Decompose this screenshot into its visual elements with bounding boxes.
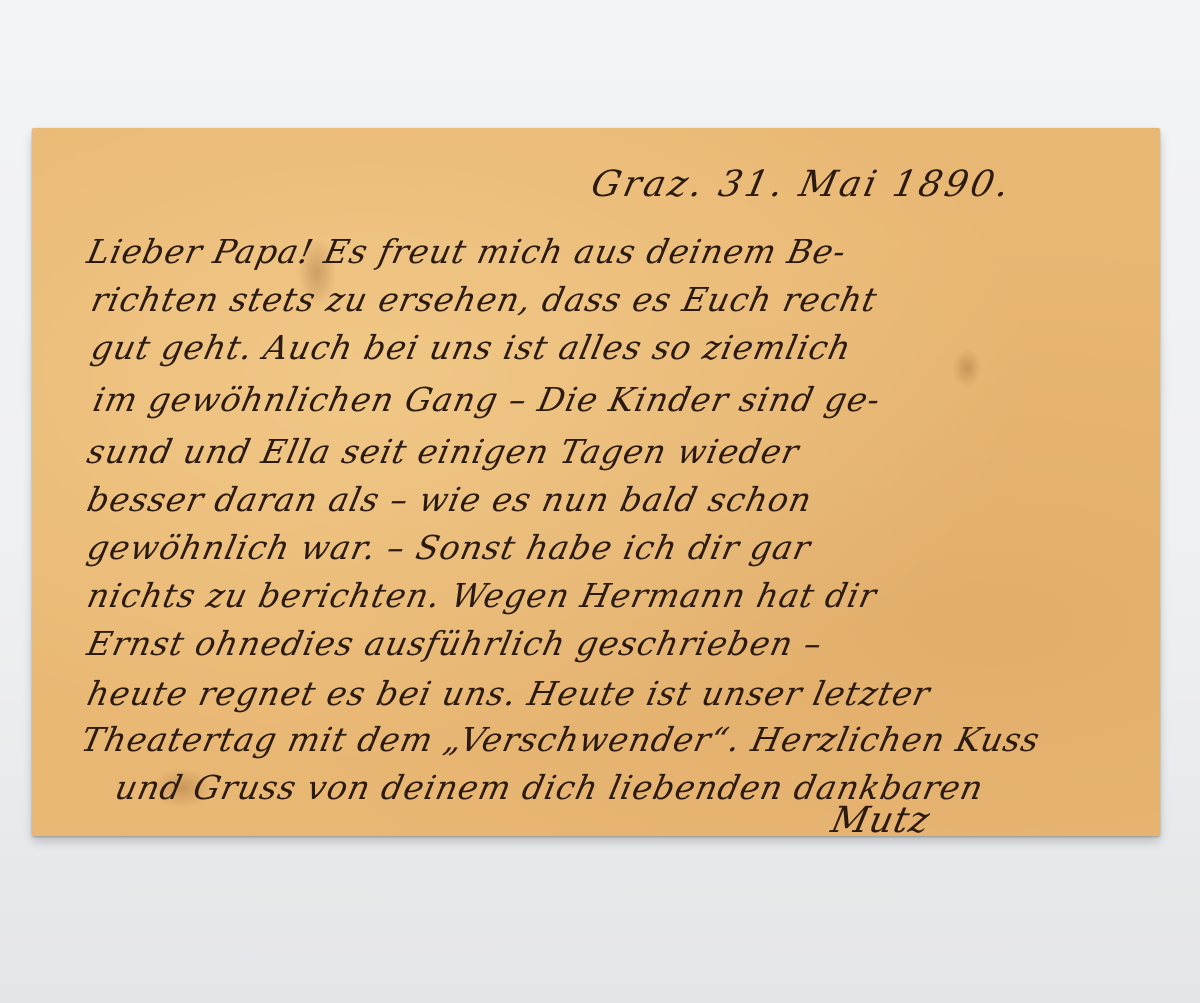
text-line: besser daran als – wie es nun bald schon	[84, 480, 816, 519]
text-line: im gewöhnlichen Gang – Die Kinder sind g…	[90, 380, 884, 419]
text-line: Lieber Papa! Es freut mich aus deinem Be…	[84, 232, 850, 271]
text-line: Ernst ohnedies ausführlich geschrieben –	[84, 624, 826, 663]
text-line: Theatertag mit dem „Verschwender“. Herzl…	[78, 720, 1044, 759]
signature: Mutz	[828, 800, 934, 841]
text-line: nichts zu berichten. Wegen Hermann hat d…	[84, 576, 881, 615]
text-line: heute regnet es bei uns. Heute ist unser…	[84, 674, 934, 713]
stain	[952, 348, 982, 388]
text-line: richten stets zu ersehen, dass es Euch r…	[88, 280, 881, 319]
text-line: gewöhnlich war. – Sonst habe ich dir gar	[84, 528, 815, 567]
text-line: sund und Ella seit einigen Tagen wieder	[84, 432, 803, 471]
text-line: gut geht. Auch bei uns ist alles so ziem…	[88, 328, 855, 367]
postcard: Graz. 31. Mai 1890. Lieber Papa! Es freu…	[32, 128, 1160, 836]
date-line: Graz. 31. Mai 1890.	[588, 164, 1016, 205]
